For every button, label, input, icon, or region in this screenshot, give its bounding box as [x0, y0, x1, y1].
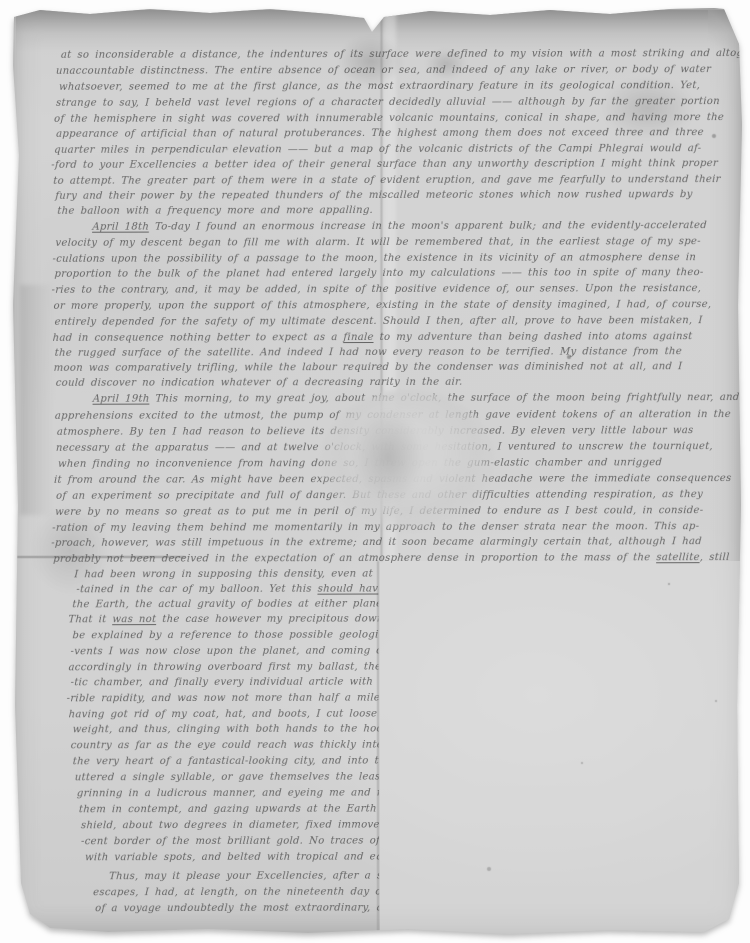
- manuscript-line: grinning in a ludicrous manner, and eyei…: [77, 787, 380, 799]
- manuscript-line: with variable spots, and belted with tro…: [85, 851, 379, 863]
- manuscript-line: That it was not the case however my prec…: [68, 613, 379, 625]
- manuscript-line: accordingly in throwing overboard first …: [68, 661, 379, 673]
- manuscript-line: them in contempt, and gazing upwards at …: [79, 803, 380, 815]
- manuscript-line: of a voyage undoubtedly the most extraor…: [95, 902, 379, 914]
- manuscript-line: Thus, may it please your Excellencies, a…: [109, 870, 379, 882]
- manuscript-line: escapes, I had, at length, on the ninete…: [93, 886, 379, 898]
- manuscript-text-left-column: I had been wrong in supposing this densi…: [7, 5, 379, 938]
- paper-specks: [8, 5, 10, 7]
- manuscript-line: be explained by a reference to those pos…: [72, 629, 379, 641]
- manuscript-line: having got rid of my coat, hat, and boot…: [68, 708, 379, 720]
- manuscript-line: I had been wrong in supposing this densi…: [74, 568, 379, 580]
- manuscript-line: -tained in the car of my balloon. Yet th…: [76, 583, 379, 595]
- manuscript-line: country as far as the eye could reach wa…: [70, 739, 379, 751]
- manuscript-line: the Earth, the actual gravity of bodies …: [72, 598, 379, 610]
- manuscript-scan: at so inconsiderable a distance, the ind…: [0, 0, 750, 943]
- manuscript-line: weight, and thus, clinging with both han…: [72, 723, 379, 735]
- manuscript-line: -rible rapidity, and was now not more th…: [66, 693, 379, 705]
- manuscript-line: -tic chamber, and finally every individu…: [70, 677, 373, 689]
- paper-shadow: at so inconsiderable a distance, the ind…: [0, 0, 750, 943]
- manuscript-page: at so inconsiderable a distance, the ind…: [8, 5, 743, 937]
- manuscript-line: the very heart of a fantastical-looking …: [72, 755, 379, 767]
- manuscript-line: uttered a single syllable, or gave thems…: [75, 771, 380, 783]
- manuscript-line: shield, about two degrees in diameter, f…: [81, 819, 380, 831]
- manuscript-line: -cent border of the most brilliant gold.…: [81, 835, 380, 847]
- manuscript-line: -vents I was now close upon the planet, …: [70, 645, 379, 657]
